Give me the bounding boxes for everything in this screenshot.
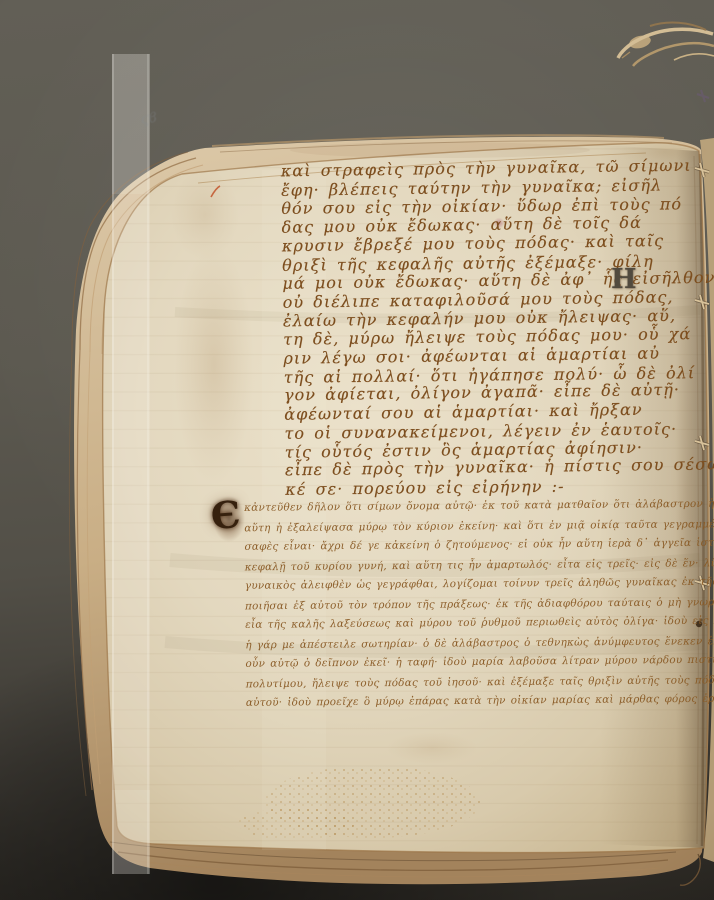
- repair-strip: [112, 54, 150, 874]
- scholion-block: κἀντεῦθεν δῆλον ὅτι σίμων ὄνομα αὐτῷ· ἐκ…: [244, 495, 670, 714]
- initial-epsilon: Є: [210, 496, 242, 535]
- scholion-line: κεφαλῇ τοῦ κυρίου γυνή, καὶ αὕτη τις ἦν …: [245, 554, 669, 577]
- lower-smudge: [386, 732, 478, 764]
- scholion-line: ποιῆσαι ἐξ αὐτοῦ τὸν τρόπον τῆς πράξεως·…: [245, 593, 669, 616]
- marginal-letter-eta: Η: [611, 266, 637, 293]
- stitch-cross: [697, 90, 709, 102]
- margin-stain: [174, 245, 254, 485]
- corner-stain: [171, 169, 239, 261]
- gospel-text-block: καὶ στραφεὶς πρὸς τὴν γυναῖκα, τῶ σίμωνι…: [281, 157, 676, 499]
- tassel-threads: [618, 23, 714, 66]
- scholion-line: ἡ γάρ με ἀπέστειλε σωτηρίαν· ὁ δὲ ἀλάβασ…: [245, 632, 669, 655]
- pencil-mark: ϛϐ: [140, 110, 158, 128]
- scholion-line: πολυτίμου, ἤλειψε τοὺς πόδας τοῦ ἰησοῦ· …: [246, 672, 670, 695]
- codex-photograph: ϛϐ καὶ στραφεὶς πρὸς τὴν γυναῖκα, τῶ σίμ…: [0, 0, 714, 900]
- scholion-line: αὕτη ἡ ἐξαλείψασα μύρῳ τὸν κύριον ἐκείνη…: [244, 515, 668, 538]
- bleedthrough-smudge: [290, 142, 590, 158]
